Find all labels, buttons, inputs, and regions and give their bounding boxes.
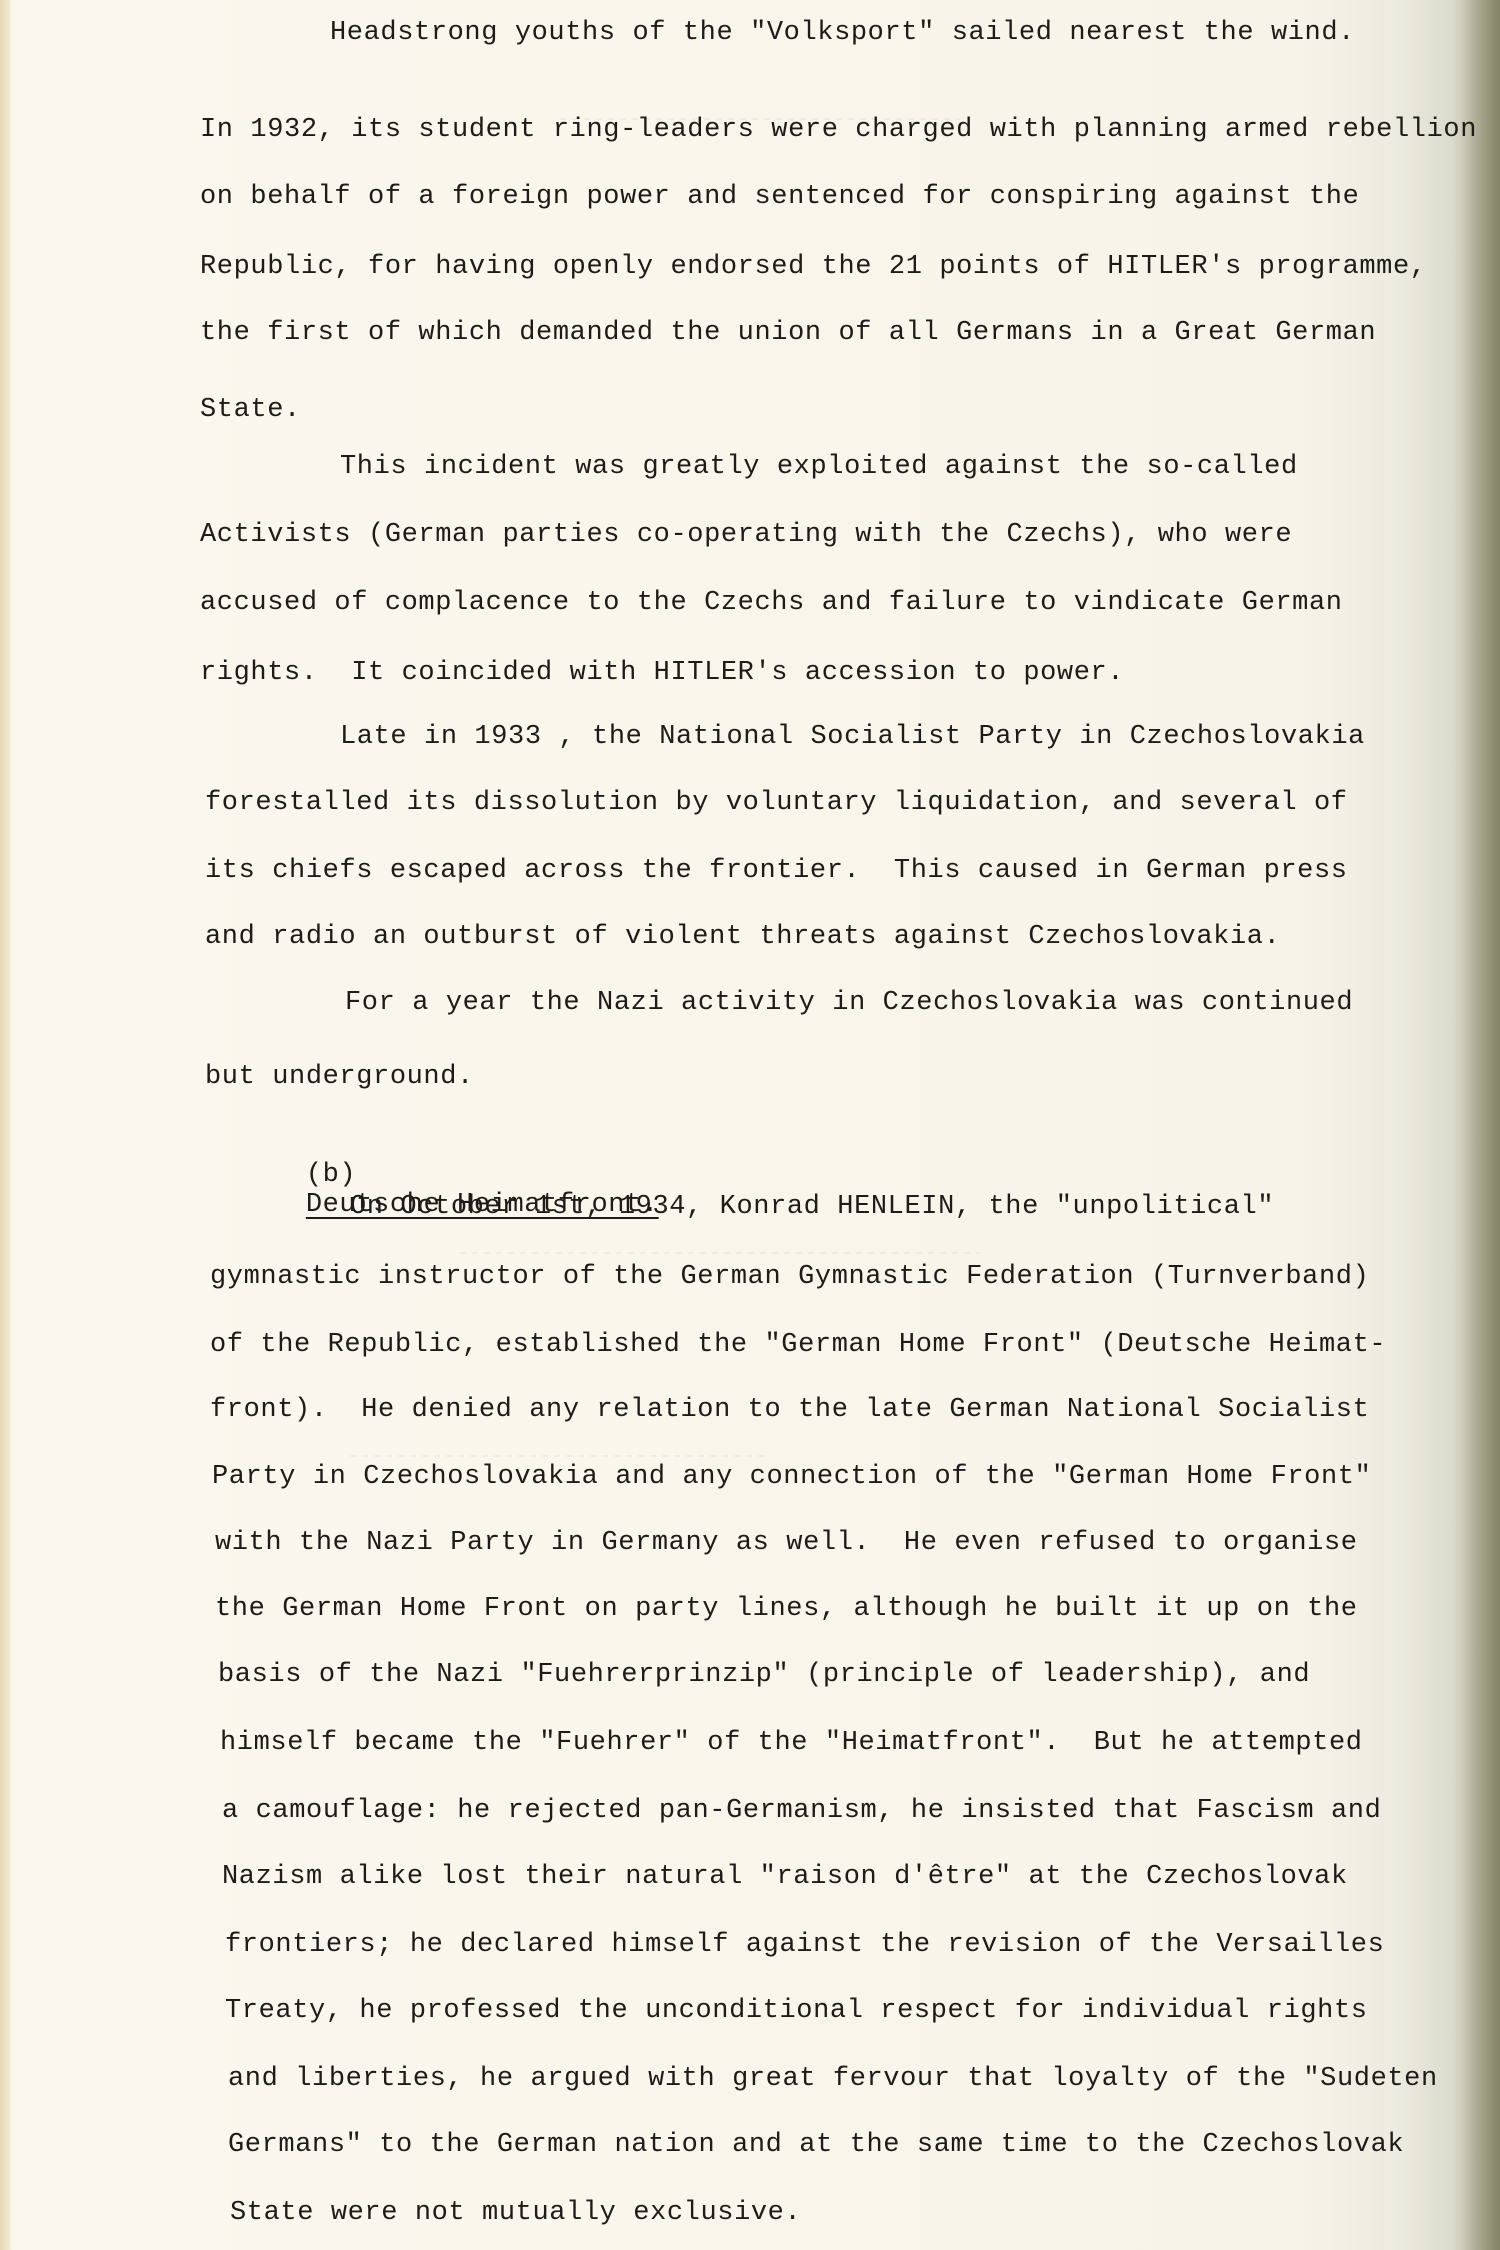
paragraph-2-line-1: This incident was greatly exploited agai… xyxy=(340,452,1298,482)
paragraph-2-line-2: Activists (German parties co-operating w… xyxy=(200,520,1292,550)
paragraph-5-line-9: himself became the "Fuehrer" of the "Hei… xyxy=(220,1728,1363,1758)
paragraph-5-line-14: and liberties, he argued with great ferv… xyxy=(228,2064,1438,2094)
paragraph-1-line-1: Headstrong youths of the "Volksport" sai… xyxy=(330,18,1355,48)
page-left-edge xyxy=(0,0,10,2250)
paragraph-5-line-2: gymnastic instructor of the German Gymna… xyxy=(210,1262,1369,1292)
paragraph-5-line-12: frontiers; he declared himself against t… xyxy=(225,1930,1384,1960)
paragraph-3-line-1: Late in 1933 , the National Socialist Pa… xyxy=(340,722,1365,752)
paragraph-5-line-4: front). He denied any relation to the la… xyxy=(210,1395,1369,1425)
paragraph-5-line-13: Treaty, he professed the unconditional r… xyxy=(225,1996,1368,2026)
paragraph-5-line-3: of the Republic, established the "German… xyxy=(210,1330,1386,1360)
paragraph-4-line-1: For a year the Nazi activity in Czechosl… xyxy=(345,988,1353,1018)
scanned-document-page: Headstrong youths of the "Volksport" sai… xyxy=(0,0,1500,2250)
paragraph-3-line-3: its chiefs escaped across the frontier. … xyxy=(205,856,1348,886)
paragraph-5-line-10: a camouflage: he rejected pan-Germanism,… xyxy=(222,1796,1381,1826)
paragraph-1-line-6: State. xyxy=(200,395,301,425)
paragraph-3-line-4: and radio an outburst of violent threats… xyxy=(205,922,1280,952)
paragraph-1-line-4: Republic, for having openly endorsed the… xyxy=(200,252,1427,282)
page-binding-shadow xyxy=(1460,0,1500,2250)
paragraph-5-line-7: the German Home Front on party lines, al… xyxy=(215,1594,1358,1624)
paragraph-2-line-4: rights. It coincided with HITLER's acces… xyxy=(200,658,1124,688)
paragraph-5-line-15: Germans" to the German nation and at the… xyxy=(228,2130,1404,2160)
paragraph-1-line-5: the first of which demanded the union of… xyxy=(200,318,1376,348)
paragraph-4-line-2: but underground. xyxy=(205,1062,474,1092)
paragraph-5-line-8: basis of the Nazi "Fuehrerprinzip" (prin… xyxy=(218,1660,1310,1690)
paragraph-5-line-5: Party in Czechoslovakia and any connecti… xyxy=(212,1462,1371,1492)
section-marker: (b) xyxy=(306,1160,356,1190)
paragraph-1-line-3: on behalf of a foreign power and sentenc… xyxy=(200,182,1359,212)
paragraph-2-line-3: accused of complacence to the Czechs and… xyxy=(200,588,1343,618)
paragraph-5-line-16: State were not mutually exclusive. xyxy=(230,2198,801,2228)
paragraph-3-line-2: forestalled its dissolution by voluntary… xyxy=(205,788,1348,818)
show-through-artifact xyxy=(460,1252,980,1254)
section-heading: (b) Deutsche Heimatfront. xyxy=(205,1130,659,1250)
show-through-artifact xyxy=(350,1455,770,1457)
paragraph-1-line-2: In 1932, its student ring-leaders were c… xyxy=(200,115,1477,145)
paragraph-5-line-11: Nazism alike lost their natural "raison … xyxy=(222,1862,1348,1892)
paragraph-5-line-6: with the Nazi Party in Germany as well. … xyxy=(215,1528,1358,1558)
paragraph-5-line-1: On October 1st, 1934, Konrad HENLEIN, th… xyxy=(350,1192,1274,1222)
